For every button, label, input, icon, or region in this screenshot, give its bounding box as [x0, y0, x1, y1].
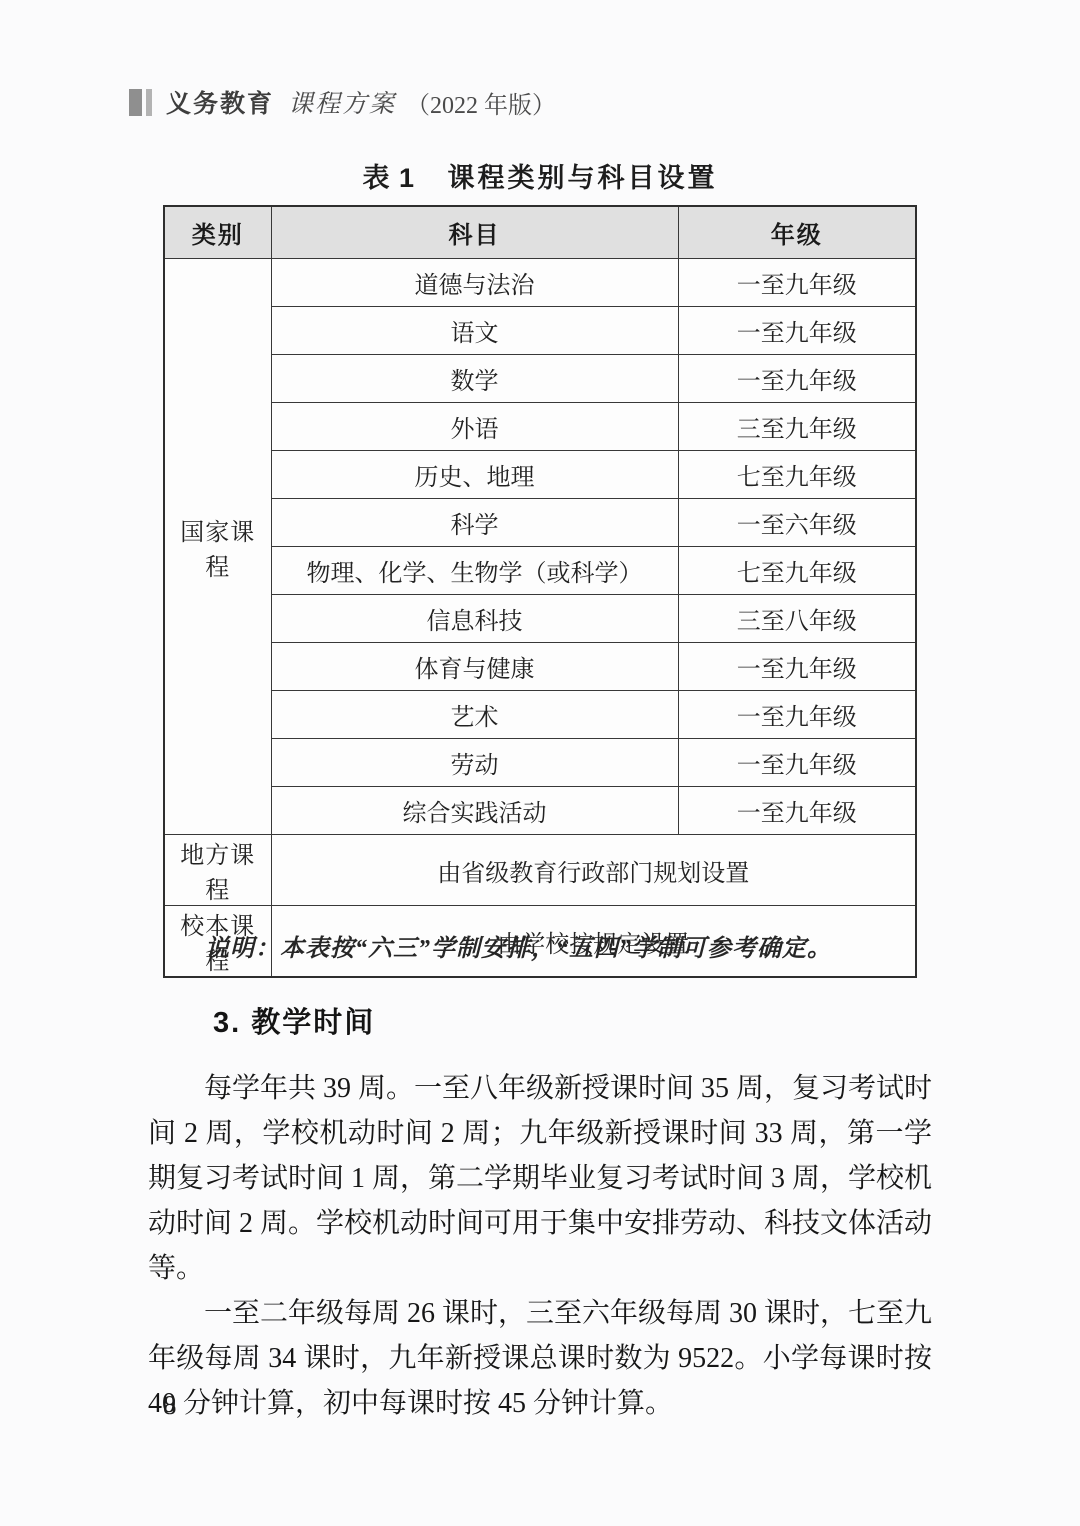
grade-cell: 一至六年级 — [678, 499, 916, 547]
document-page: 义务教育 课程方案 （2022 年版） 表 1 课程类别与科目设置 类别 科目 … — [0, 0, 1080, 1526]
subject-row: 科学一至六年级 — [164, 499, 916, 547]
subject-cell: 历史、地理 — [271, 451, 678, 499]
grade-cell: 一至九年级 — [678, 691, 916, 739]
subject-row: 外语三至九年级 — [164, 403, 916, 451]
grade-cell: 七至九年级 — [678, 451, 916, 499]
grade-cell: 三至八年级 — [678, 595, 916, 643]
table-header-row: 类别 科目 年级 — [164, 206, 916, 259]
grade-cell: 一至九年级 — [678, 739, 916, 787]
category-local: 地方课程 — [164, 835, 271, 906]
subject-row: 劳动一至九年级 — [164, 739, 916, 787]
curriculum-table: 类别 科目 年级 国家课程道德与法治一至九年级语文一至九年级数学一至九年级外语三… — [163, 205, 917, 978]
subject-row: 综合实践活动一至九年级 — [164, 787, 916, 835]
header-bar-icon — [129, 89, 142, 116]
table-number: 表 1 — [362, 163, 415, 193]
subject-row: 国家课程道德与法治一至九年级 — [164, 259, 916, 307]
grade-cell: 一至九年级 — [678, 643, 916, 691]
subject-row: 历史、地理七至九年级 — [164, 451, 916, 499]
subject-cell: 体育与健康 — [271, 643, 678, 691]
subject-cell: 艺术 — [271, 691, 678, 739]
subject-row: 物理、化学、生物学（或科学）七至九年级 — [164, 547, 916, 595]
series-title: 义务教育 — [166, 84, 274, 120]
grade-cell: 一至九年级 — [678, 307, 916, 355]
subject-row: 信息科技三至八年级 — [164, 595, 916, 643]
grade-cell: 七至九年级 — [678, 547, 916, 595]
col-header-grade: 年级 — [678, 206, 916, 259]
subject-cell: 道德与法治 — [271, 259, 678, 307]
subject-cell: 劳动 — [271, 739, 678, 787]
grade-cell: 一至九年级 — [678, 787, 916, 835]
doc-title: 课程方案 — [288, 84, 396, 120]
subject-row: 艺术一至九年级 — [164, 691, 916, 739]
col-header-subject: 科目 — [271, 206, 678, 259]
subject-cell: 外语 — [271, 403, 678, 451]
subject-rows: 国家课程道德与法治一至九年级语文一至九年级数学一至九年级外语三至九年级历史、地理… — [164, 259, 916, 835]
local-curriculum-row: 地方课程 由省级教育行政部门规划设置 — [164, 835, 916, 906]
subject-cell: 综合实践活动 — [271, 787, 678, 835]
table-caption: 表 1 课程类别与科目设置 — [0, 156, 1080, 195]
grade-cell: 一至九年级 — [678, 355, 916, 403]
subject-cell: 物理、化学、生物学（或科学） — [271, 547, 678, 595]
subject-cell: 信息科技 — [271, 595, 678, 643]
paragraph-teaching-time-1: 每学年共 39 周。一至八年级新授课时间 35 周，复习考试时间 2 周，学校机… — [148, 1066, 932, 1291]
subject-cell: 数学 — [271, 355, 678, 403]
local-curriculum-content: 由省级教育行政部门规划设置 — [271, 835, 916, 906]
grade-cell: 三至九年级 — [678, 403, 916, 451]
subject-row: 数学一至九年级 — [164, 355, 916, 403]
subject-cell: 科学 — [271, 499, 678, 547]
header-bar-icon — [146, 89, 152, 116]
grade-cell: 一至九年级 — [678, 259, 916, 307]
col-header-category: 类别 — [164, 206, 271, 259]
running-header: 义务教育 课程方案 （2022 年版） — [129, 84, 556, 120]
page-number: 8 — [163, 1390, 177, 1421]
body-text: 每学年共 39 周。一至八年级新授课时间 35 周，复习考试时间 2 周，学校机… — [148, 1066, 932, 1426]
edition-label: （2022 年版） — [406, 85, 556, 120]
section-heading: 3. 教学时间 — [213, 1000, 375, 1041]
subject-row: 体育与健康一至九年级 — [164, 643, 916, 691]
category-national: 国家课程 — [164, 259, 271, 835]
table-caption-text: 课程类别与科目设置 — [448, 163, 718, 193]
subject-row: 语文一至九年级 — [164, 307, 916, 355]
paragraph-teaching-time-2: 一至二年级每周 26 课时，三至六年级每周 30 课时，七至九年级每周 34 课… — [148, 1291, 932, 1426]
table-note: 说明：本表按“六三”学制安排，“五四”学制可参考确定。 — [205, 928, 832, 963]
subject-cell: 语文 — [271, 307, 678, 355]
